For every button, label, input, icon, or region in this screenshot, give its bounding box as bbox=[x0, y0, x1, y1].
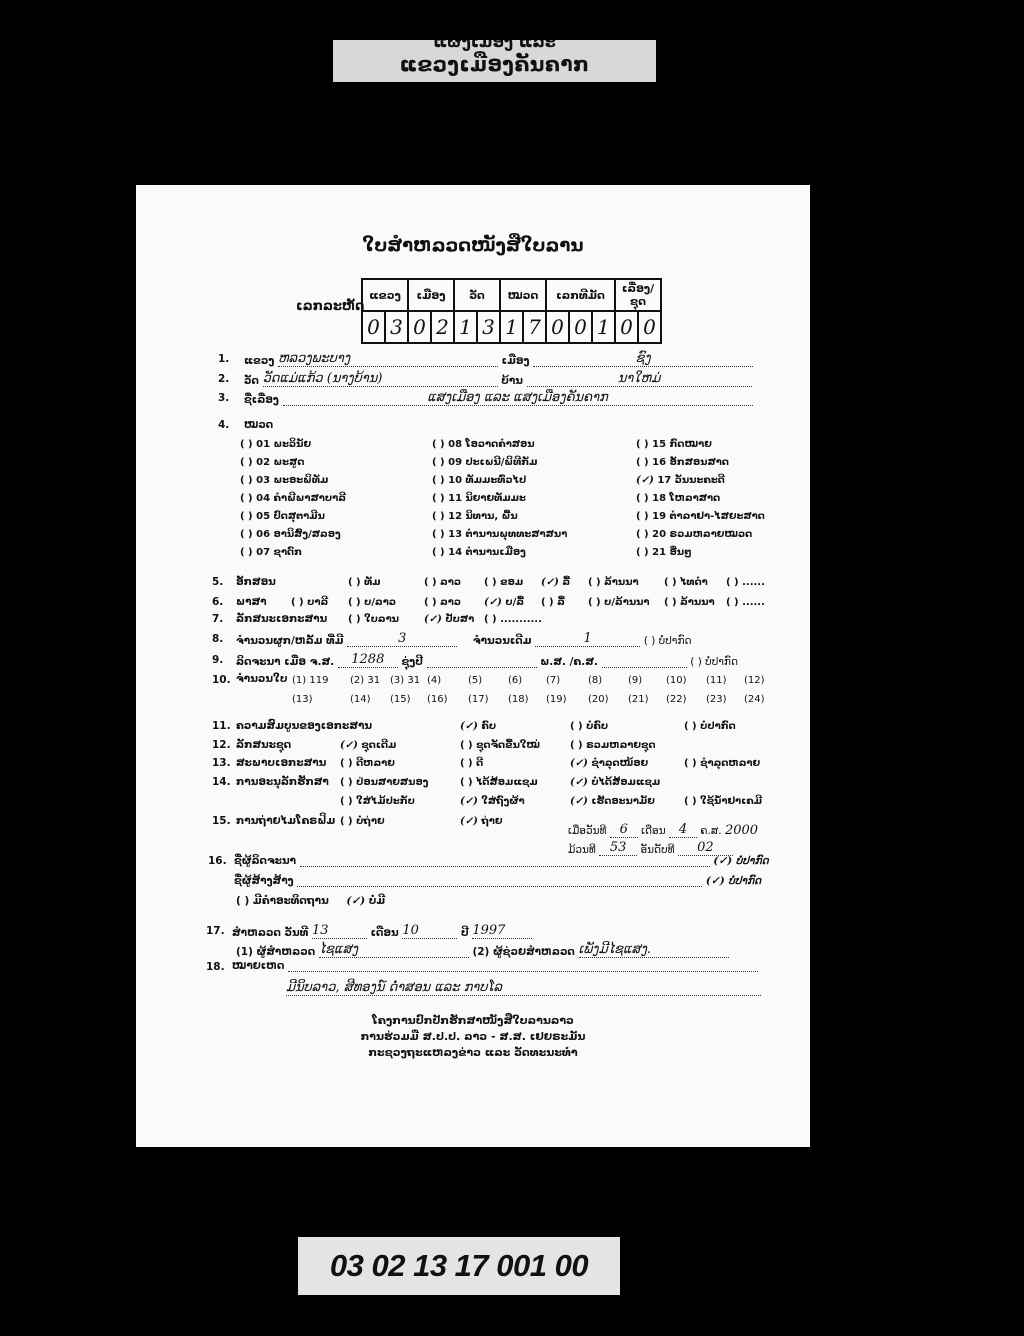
checkbox[interactable]: (✓) bbox=[340, 740, 358, 751]
leaf-count-cell[interactable]: (22) bbox=[666, 694, 687, 705]
f17-surveyor[interactable]: ໄຊແສງ bbox=[319, 942, 469, 958]
f14-option[interactable]: (✓) ເຮັດອະນາມັຍ bbox=[570, 796, 655, 807]
leaf-count-cell[interactable]: (11) bbox=[706, 675, 727, 686]
f6-option[interactable]: ( ) ...... bbox=[726, 597, 765, 608]
footer-line-2: ການຮ່ວມມື ສ.ປ.ປ. ລາວ - ສ.ສ. ເຢຍຣະມັນ bbox=[136, 1029, 810, 1045]
field-bundle-count: ຈໍານວນຜູກ/ຫລັ້ມ ທີ່ມີ 3 ຈໍານວນເດີມ 1 ( )… bbox=[236, 631, 692, 647]
f11-option[interactable]: ( ) ບໍ່ຄົບ bbox=[570, 721, 608, 732]
checkbox[interactable]: ( ) bbox=[684, 758, 697, 769]
option-label: ບໍ່ປາກົດ bbox=[700, 721, 736, 732]
checkbox[interactable]: ( ) bbox=[541, 597, 554, 608]
f17-assistant[interactable]: ເພັງມີໄຊແສງ. bbox=[579, 942, 729, 958]
category-option[interactable]: ( ) 06 ອານິສົງ/ສລອງ bbox=[240, 529, 341, 540]
checkbox[interactable]: ( ) bbox=[340, 758, 353, 769]
footer-line-1: ໂຄງການປົກປັກຮັກສາໜັງສືໃບລານລາວ bbox=[136, 1013, 810, 1029]
code-digit[interactable]: 0 bbox=[408, 311, 431, 343]
f5-option[interactable]: ( ) ຂອມ bbox=[484, 577, 523, 588]
category-option[interactable]: ( ) 11 ນິຍາຍທັມມະ bbox=[432, 493, 526, 504]
f11-label: ຄວາມສົມບູນຂອງເອກະສານ bbox=[236, 720, 372, 732]
option-label: ລື້ bbox=[557, 597, 565, 608]
field-surveyors: (1) ຜູ້ສໍາຫລວດ ໄຊແສງ (2) ຜູ້ຊ່ວຍສໍາຫລວດ … bbox=[236, 942, 729, 958]
option-label: ຂອມ bbox=[500, 577, 523, 588]
f3-number: 3. bbox=[218, 392, 229, 404]
f9-number: 9. bbox=[212, 654, 223, 666]
f18-line1[interactable] bbox=[288, 971, 758, 972]
f12-number: 12. bbox=[212, 739, 231, 751]
category-option[interactable]: ( ) 12 ນິທານ, ພື້ນ bbox=[432, 511, 518, 522]
id-label-strip: 03 02 13 17 001 00 bbox=[298, 1237, 620, 1295]
f6-option[interactable]: ( ) ລາວ bbox=[424, 597, 461, 608]
code-header: ວັດ bbox=[454, 279, 500, 311]
f12-option[interactable]: ( ) ຊຸດຈັດຂື້ນໃໝ່ bbox=[460, 740, 540, 751]
f17-year[interactable]: 1997 bbox=[472, 923, 532, 939]
f7-option[interactable]: ( ) ........... bbox=[484, 614, 542, 625]
f6-option[interactable]: ( ) ບາລີ bbox=[291, 597, 328, 608]
f17-month[interactable]: 10 bbox=[402, 923, 457, 939]
checkbox[interactable]: ( ) bbox=[240, 511, 253, 522]
code-digit[interactable]: 2 bbox=[431, 311, 454, 343]
leaf-count-cell[interactable]: (19) bbox=[546, 694, 567, 705]
f7-number: 7. bbox=[212, 613, 223, 625]
f15-date-label: ເມື່ອວັນທີ bbox=[568, 825, 606, 837]
category-option[interactable]: ( ) 14 ຕໍານານເມືອງ bbox=[432, 547, 526, 558]
checkbox[interactable]: (✓) bbox=[484, 597, 502, 608]
checkbox[interactable]: ( ) bbox=[291, 597, 304, 608]
f5-option[interactable]: ( ) ລາວ bbox=[424, 577, 461, 588]
f16-label2: ຊື່ຜູ້ສ້າງສ້າງ bbox=[234, 875, 294, 887]
leaf-count-cell[interactable]: (6) bbox=[508, 675, 522, 686]
option-label: ລື້ bbox=[562, 577, 570, 588]
checkbox[interactable]: ( ) bbox=[432, 475, 445, 486]
f12-label: ລັກສນະຊຸດ bbox=[236, 739, 291, 751]
f14-label: ການອະນຸລັກຮັກສາ bbox=[236, 776, 329, 788]
code-digit[interactable]: 7 bbox=[523, 311, 546, 343]
option-label: ໃສ່ໄມ້ປະກັບ bbox=[356, 796, 415, 807]
f18-value[interactable]: ມີນິບລາວ, ສີທອງນ໌ ດໍ່າສອນ ແລະ ກາບໂລ bbox=[286, 980, 761, 996]
checkbox[interactable]: ( ) bbox=[348, 614, 361, 625]
f12-option[interactable]: ( ) ຣວມຫລາຍຊຸດ bbox=[570, 740, 656, 751]
option-label: ຄົບ bbox=[481, 721, 496, 732]
category-label: 13 ຕໍານານພຸທທະສາສນາ bbox=[448, 529, 567, 540]
option-label: ດີຫລາຍ bbox=[356, 758, 395, 769]
f15-day[interactable]: 6 bbox=[610, 822, 638, 838]
category-label: 16 ອັກສອນສາດ bbox=[652, 457, 729, 468]
f5-option[interactable]: ( ) ...... bbox=[726, 577, 765, 588]
f8-number: 8. bbox=[212, 633, 223, 645]
checkbox[interactable]: ( ) bbox=[240, 529, 253, 540]
code-label: ເລກລະຫັດ bbox=[296, 299, 365, 314]
leaf-count-cell[interactable]: (12) bbox=[744, 675, 765, 686]
f9-era-blank[interactable] bbox=[602, 667, 687, 668]
code-digit[interactable]: 0 bbox=[362, 311, 385, 343]
f1-number: 1. bbox=[218, 353, 229, 365]
option-label: ບໍ່ຖ່າຍ bbox=[356, 816, 384, 827]
option-label: ບໍ່ຄົບ bbox=[586, 721, 608, 732]
option-label: ລາວ bbox=[440, 597, 461, 608]
leaf-count-cell[interactable]: (24) bbox=[744, 694, 765, 705]
f13-option[interactable]: ( ) ດີ bbox=[460, 758, 483, 769]
checkbox[interactable]: ( ) bbox=[636, 547, 649, 558]
leaf-count-cell[interactable]: (15) bbox=[390, 694, 411, 705]
option-label: ປ່ອນສາຍສນອງ bbox=[356, 777, 428, 788]
checkbox[interactable]: ( ) bbox=[240, 457, 253, 468]
microfilm-date: ເມື່ອວັນທີ 6 ເດືອນ 4 ຄ.ສ. 2000 bbox=[568, 822, 758, 838]
checkbox[interactable]: ( ) bbox=[588, 597, 601, 608]
option-label: ໄດ້ສ້ອມແຊມ bbox=[476, 777, 538, 788]
f9-label: ລິດຈະນາ ເມື່ອ ຈ.ສ. bbox=[236, 656, 334, 668]
checkbox[interactable]: (✓) bbox=[636, 475, 654, 486]
option-label: ຖ່າຍ bbox=[481, 816, 502, 827]
f4-label: ໝວດ bbox=[244, 419, 273, 431]
form-title: ໃບສໍາຫລວດໜັງສືໃບລານ bbox=[136, 235, 810, 256]
option-label: ບ/ລ້ານນາ bbox=[604, 597, 649, 608]
code-header: ເລື່ອງ/ຊຸດ bbox=[615, 279, 661, 311]
checkbox[interactable]: (✓) bbox=[460, 816, 478, 827]
f1-label: ແຂວງ bbox=[244, 355, 274, 367]
checkbox[interactable]: ( ) bbox=[664, 597, 677, 608]
category-option[interactable]: ( ) 21 ອື່ນໆ bbox=[636, 547, 692, 558]
option-label: ...... bbox=[742, 577, 765, 588]
leaf-count-cell[interactable]: (17) bbox=[468, 694, 489, 705]
checkbox[interactable]: (✓) bbox=[570, 777, 588, 788]
f6-option[interactable]: ( ) ລື້ bbox=[541, 597, 565, 608]
category-option[interactable]: ( ) 18 ໂຫລາສາດ bbox=[636, 493, 720, 504]
category-label: 08 ໂອວາດຄໍາສອນ bbox=[448, 439, 535, 450]
category-option[interactable]: ( ) 05 ປົດສຸຕາມີນ bbox=[240, 511, 325, 522]
category-label: 05 ປົດສຸຕາມີນ bbox=[256, 511, 325, 522]
f6-option[interactable]: (✓) ບ/ລື້ bbox=[484, 597, 524, 608]
f14-number: 14. bbox=[212, 776, 231, 788]
checkbox[interactable]: ( ) bbox=[348, 577, 361, 588]
checkbox[interactable]: ( ) bbox=[340, 777, 353, 788]
option-label: ຣວມຫລາຍຊຸດ bbox=[586, 740, 655, 751]
field-written-date: ລິດຈະນາ ເມື່ອ ຈ.ສ. 1288 ຊຸ່ງປີ ພ.ສ. /ຄ.ສ… bbox=[236, 652, 738, 668]
option-label: ລາວ bbox=[440, 577, 461, 588]
category-label: 01 ພະວິນັຍ bbox=[256, 439, 311, 450]
code-header: ໝວດ bbox=[500, 279, 546, 311]
category-option[interactable]: ( ) 09 ປະເພນີ/ພິທີກັມ bbox=[432, 457, 538, 468]
option-label: ...... bbox=[742, 597, 765, 608]
f13-number: 13. bbox=[212, 757, 231, 769]
form-footer: ໂຄງການປົກປັກຮັກສາໜັງສືໃບລານລາວ ການຮ່ວມມື… bbox=[136, 1013, 810, 1061]
checkbox[interactable]: ( ) bbox=[636, 457, 649, 468]
checkbox[interactable]: ( ) bbox=[240, 493, 253, 504]
f6-option[interactable]: ( ) ບ/ລາວ bbox=[348, 597, 396, 608]
f9-label2: ຊຸ່ງປີ bbox=[401, 656, 422, 668]
f6-option[interactable]: ( ) ບ/ລ້ານນາ bbox=[588, 597, 650, 608]
f15-year-label: ຄ.ສ. bbox=[700, 825, 721, 837]
f9-year-blank[interactable] bbox=[427, 667, 537, 668]
f16-opt-a-text: ມີຄໍາອະທິດຖານ bbox=[253, 895, 329, 907]
f14-option[interactable]: (✓) ໃສ່ຖົງຜ້າ bbox=[460, 796, 525, 807]
checkbox[interactable]: ( ) bbox=[424, 577, 437, 588]
code-header: ເມືອງ bbox=[408, 279, 454, 311]
f9-value[interactable]: 1288 bbox=[338, 652, 398, 668]
f15-option[interactable]: (✓) ຖ່າຍ bbox=[460, 816, 503, 827]
survey-form-page: ໃບສໍາຫລວດໜັງສືໃບລານ ເລກລະຫັດ ແຂວງເມືອງວັ… bbox=[136, 185, 810, 1147]
f16-value[interactable] bbox=[300, 866, 710, 867]
f5-option[interactable]: ( ) ໄທດໍາ bbox=[664, 577, 708, 588]
leaf-count-cell[interactable]: (4) bbox=[427, 675, 441, 686]
checkbox[interactable]: ( ) bbox=[460, 777, 473, 788]
checkbox[interactable]: ( ) bbox=[684, 721, 697, 732]
category-option[interactable]: ( ) 04 ຄໍາພີພາສາບາລີ bbox=[240, 493, 346, 504]
f9-unknown[interactable]: ( ) ບໍ່ປາກົດ bbox=[690, 656, 738, 668]
category-option[interactable]: ( ) 03 ພະອະພິທັມ bbox=[240, 475, 328, 486]
f5-option[interactable]: ( ) ລ້ານນາ bbox=[588, 577, 639, 588]
option-label: ຊໍາລຸດໜ້ອຍ bbox=[591, 758, 648, 769]
option-label: ບາລີ bbox=[307, 597, 328, 608]
field-author: ຊື່ຜູ້ລິດຈະນາ (✓) ບໍ່ປາກົດ bbox=[234, 855, 769, 867]
f15-year[interactable]: 2000 bbox=[725, 823, 758, 838]
code-header: ແຂວງ bbox=[362, 279, 408, 311]
code-digit[interactable]: 1 bbox=[592, 311, 615, 343]
category-label: 06 ອານິສົງ/ສລອງ bbox=[256, 529, 341, 540]
checkbox[interactable]: ( ) bbox=[484, 577, 497, 588]
f2-label: ວັດ bbox=[244, 375, 259, 387]
checkbox[interactable]: ( ) bbox=[432, 511, 445, 522]
code-digit[interactable]: 0 bbox=[638, 311, 661, 343]
category-option[interactable]: ( ) 16 ອັກສອນສາດ bbox=[636, 457, 729, 468]
header-label-title: ແຂວງເມືອງຄັນຄາກ bbox=[400, 52, 590, 82]
checkbox[interactable]: ( ) bbox=[240, 475, 253, 486]
f11-option[interactable]: ( ) ບໍ່ປາກົດ bbox=[684, 721, 736, 732]
leaf-count-cell[interactable]: (5) bbox=[468, 675, 482, 686]
checkbox[interactable]: ( ) bbox=[240, 547, 253, 558]
f7-option[interactable]: (✓) ປັບສາ bbox=[424, 614, 474, 625]
footer-line-3: ກະຊວງຖະແຫລງຂ່າວ ແລະ ວັດທະນະທໍາ bbox=[136, 1045, 810, 1061]
header-label-strip: ແຜງເມືອງ ແລະ ແຂວງເມືອງຄັນຄາກ bbox=[333, 40, 656, 82]
f15-option[interactable]: ( ) ບໍ່ຖ່າຍ bbox=[340, 816, 385, 827]
f15-month[interactable]: 4 bbox=[669, 822, 697, 838]
f10-number: 10. bbox=[212, 674, 231, 686]
leaf-count-cell[interactable]: (10) bbox=[666, 675, 687, 686]
checkbox[interactable]: ( ) bbox=[726, 577, 739, 588]
f16-opt-a-mark[interactable]: ( ) bbox=[236, 895, 249, 907]
category-option[interactable]: ( ) 10 ທັມມະທົ່ວໄປ bbox=[432, 475, 526, 486]
f17-label: ສໍາຫລວດ ວັນທີ bbox=[232, 927, 308, 939]
f17-month-label: ເດືອນ bbox=[371, 927, 399, 939]
category-label: 17 ວັນນະຄະດີ bbox=[657, 475, 724, 486]
checkbox[interactable]: ( ) bbox=[424, 597, 437, 608]
f8-unknown[interactable]: ( ) ບໍ່ປາກົດ bbox=[644, 635, 692, 647]
f14-option[interactable]: ( ) ໄດ້ສ້ອມແຊມ bbox=[460, 777, 538, 788]
header-label-cut-text: ແຜງເມືອງ ແລະ bbox=[333, 40, 656, 51]
f16-value2[interactable] bbox=[297, 886, 702, 887]
f14-option[interactable]: (✓) ບໍ່ໄດ້ສ້ອມແຊມ bbox=[570, 777, 660, 788]
f2-value[interactable]: ວັດແມ່ແກ້ວ (ນາງບ້ານ) bbox=[263, 371, 498, 387]
leaf-count-cell[interactable]: (7) bbox=[546, 675, 560, 686]
checkbox[interactable]: ( ) bbox=[664, 577, 677, 588]
code-digit[interactable]: 0 bbox=[546, 311, 569, 343]
f17-day[interactable]: 13 bbox=[312, 923, 367, 939]
checkbox[interactable]: (✓) bbox=[460, 721, 478, 732]
option-label: ລ້ານນາ bbox=[680, 597, 715, 608]
f18-remarks-line: ມີນິບລາວ, ສີທອງນ໌ ດໍ່າສອນ ແລະ ກາບໂລ bbox=[286, 980, 761, 996]
f17-year-label: ປີ bbox=[461, 927, 469, 939]
checkbox[interactable]: ( ) bbox=[636, 529, 649, 540]
f14-option[interactable]: ( ) ໃສ່ໄມ້ປະກັບ bbox=[340, 796, 415, 807]
category-option[interactable]: ( ) 19 ຕໍາລາຢາ-ໄສຍະສາດ bbox=[636, 511, 765, 522]
checkbox[interactable]: ( ) bbox=[570, 740, 583, 751]
f5-option[interactable]: ( ) ທັມ bbox=[348, 577, 381, 588]
category-label: 11 ນິຍາຍທັມມະ bbox=[448, 493, 526, 504]
f16-unknown2[interactable]: (✓) ບໍ່ປາກົດ bbox=[706, 875, 761, 887]
category-label: 21 ອື່ນໆ bbox=[652, 547, 692, 558]
leaf-count-cell[interactable]: (23) bbox=[706, 694, 727, 705]
f15-number: 15. bbox=[212, 815, 231, 827]
category-option[interactable]: ( ) 13 ຕໍານານພຸທທະສາສນາ bbox=[432, 529, 567, 540]
f15-label: ການຖ່າຍໄມໂຄຣຟິມ bbox=[236, 815, 335, 827]
f18-number: 18. bbox=[206, 961, 225, 973]
f8-value2[interactable]: 1 bbox=[535, 631, 640, 647]
leaf-count-cell[interactable]: (21) bbox=[628, 694, 649, 705]
code-digit[interactable]: 0 bbox=[615, 311, 638, 343]
f15-seq[interactable]: 02 bbox=[678, 840, 733, 856]
f7-label: ລັກສນະເອກະສານ bbox=[236, 613, 327, 625]
checkbox[interactable]: ( ) bbox=[432, 493, 445, 504]
option-label: ຊຸດເດີມ bbox=[361, 740, 396, 751]
f12-option[interactable]: (✓) ຊຸດເດີມ bbox=[340, 740, 396, 751]
f14-option[interactable]: ( ) ໃຊ້ນໍ້າຢາເຄມີ bbox=[684, 796, 762, 807]
leaf-count-cell[interactable]: (14) bbox=[350, 694, 371, 705]
f17-surveyor-label: (1) ຜູ້ສໍາຫລວດ bbox=[236, 946, 315, 958]
option-label: ບ/ລາວ bbox=[364, 597, 396, 608]
field-survey-date: ສໍາຫລວດ ວັນທີ 13 ເດືອນ 10 ປີ 1997 bbox=[232, 923, 532, 939]
category-label: 04 ຄໍາພີພາສາບາລີ bbox=[256, 493, 346, 504]
code-digit[interactable]: 1 bbox=[454, 311, 477, 343]
code-digit[interactable]: 1 bbox=[500, 311, 523, 343]
checkbox[interactable]: ( ) bbox=[340, 796, 353, 807]
f2-label2: ບ້ານ bbox=[501, 375, 523, 387]
category-option[interactable]: ( ) 15 ກົດໝາຍ bbox=[636, 439, 712, 450]
option-label: ລ້ານນາ bbox=[604, 577, 639, 588]
option-label: ........... bbox=[500, 614, 542, 625]
f7-option[interactable]: ( ) ໃບລານ bbox=[348, 614, 399, 625]
f5-label: ອັກສອນ bbox=[236, 576, 276, 588]
checkbox[interactable]: (✓) bbox=[541, 577, 559, 588]
f18-label: ໝາຍເຫດ bbox=[232, 960, 284, 972]
category-option[interactable]: ( ) 08 ໂອວາດຄໍາສອນ bbox=[432, 439, 535, 450]
checkbox[interactable]: ( ) bbox=[432, 547, 445, 558]
f13-option[interactable]: (✓) ຊໍາລຸດໜ້ອຍ bbox=[570, 758, 648, 769]
f11-option[interactable]: (✓) ຄົບ bbox=[460, 721, 496, 732]
f2-value2[interactable]: ນາໃຫມ່ bbox=[527, 371, 752, 387]
checkbox[interactable]: ( ) bbox=[636, 511, 649, 522]
checkbox[interactable]: ( ) bbox=[484, 614, 497, 625]
category-option[interactable]: ( ) 02 ພະສູດ bbox=[240, 457, 304, 468]
f8-label2: ຈໍານວນເດີມ bbox=[473, 635, 532, 647]
checkbox[interactable]: ( ) bbox=[340, 816, 353, 827]
category-option[interactable]: (✓) 17 ວັນນະຄະດີ bbox=[636, 475, 725, 486]
f8-label: ຈໍານວນຜູກ/ຫລັ້ມ ທີ່ມີ bbox=[236, 635, 344, 647]
category-option[interactable]: ( ) 01 ພະວິນັຍ bbox=[240, 439, 311, 450]
checkbox[interactable]: ( ) bbox=[460, 758, 473, 769]
leaf-count-cell[interactable]: (20) bbox=[588, 694, 609, 705]
f4-number: 4. bbox=[218, 419, 229, 431]
f16-number: 16. bbox=[208, 855, 227, 867]
option-label: ບ/ລື້ bbox=[505, 597, 524, 608]
id-code: 03 02 13 17 001 00 bbox=[330, 1248, 588, 1284]
checkbox[interactable]: ( ) bbox=[570, 721, 583, 732]
category-label: 03 ພະອະພິທັມ bbox=[256, 475, 328, 486]
f2-number: 2. bbox=[218, 373, 229, 385]
category-label: 20 ຣວມຫລາຍໝວດ bbox=[652, 529, 752, 540]
leaf-count-cell[interactable]: (13) bbox=[292, 694, 313, 705]
leaf-count-cell[interactable]: (16) bbox=[427, 694, 448, 705]
checkbox[interactable]: ( ) bbox=[432, 529, 445, 540]
f16-opt-b-mark[interactable]: (✓) bbox=[346, 895, 365, 907]
category-label: 15 ກົດໝາຍ bbox=[652, 439, 712, 450]
leaf-count-cell[interactable]: (1) 119 bbox=[292, 675, 328, 686]
f16-unknown[interactable]: (✓) ບໍ່ປາກົດ bbox=[713, 855, 768, 867]
category-option[interactable]: ( ) 20 ຣວມຫລາຍໝວດ bbox=[636, 529, 752, 540]
f1-value[interactable]: ຫລວງພະບາງ bbox=[278, 351, 498, 367]
option-label: ຊຸດຈັດຂື້ນໃໝ່ bbox=[476, 740, 540, 751]
field-temple: ວັດ ວັດແມ່ແກ້ວ (ນາງບ້ານ) ບ້ານ ນາໃຫມ່ bbox=[244, 371, 752, 387]
category-label: 07 ຊາດົກ bbox=[256, 547, 302, 558]
checkbox[interactable]: (✓) bbox=[424, 614, 442, 625]
f13-option[interactable]: ( ) ດີຫລາຍ bbox=[340, 758, 395, 769]
code-digit[interactable]: 3 bbox=[477, 311, 500, 343]
checkbox[interactable]: (✓) bbox=[460, 796, 478, 807]
code-digit[interactable]: 3 bbox=[385, 311, 408, 343]
checkbox[interactable]: ( ) bbox=[432, 439, 445, 450]
option-label: ຊໍາລຸດຫລາຍ bbox=[700, 758, 760, 769]
checkbox[interactable]: ( ) bbox=[726, 597, 739, 608]
f3-label: ຊື່ເລື່ອງ bbox=[244, 394, 279, 406]
checkbox[interactable]: (✓) bbox=[570, 796, 588, 807]
field-sponsor: ຊື່ຜູ້ສ້າງສ້າງ (✓) ບໍ່ປາກົດ bbox=[234, 875, 761, 887]
f3-value[interactable]: ແສງເມືອງ ແລະ ແສງເມືອງຄັນຄາກ bbox=[283, 390, 753, 406]
checkbox[interactable]: ( ) bbox=[432, 457, 445, 468]
category-label: 19 ຕໍາລາຢາ-ໄສຍະສາດ bbox=[652, 511, 765, 522]
f15-roll[interactable]: 53 bbox=[599, 840, 637, 856]
option-label: ປັບສາ bbox=[445, 614, 474, 625]
leaf-count-cell[interactable]: (8) bbox=[588, 675, 602, 686]
leaf-count-cell[interactable]: (18) bbox=[508, 694, 529, 705]
leaf-count-cell[interactable]: (9) bbox=[628, 675, 642, 686]
f5-option[interactable]: (✓) ລື້ bbox=[541, 577, 570, 588]
checkbox[interactable]: ( ) bbox=[684, 796, 697, 807]
code-digit[interactable]: 0 bbox=[569, 311, 592, 343]
checkbox[interactable]: ( ) bbox=[588, 577, 601, 588]
checkbox[interactable]: ( ) bbox=[460, 740, 473, 751]
f17-assistant-label: (2) ຜູ້ຊ່ວຍສໍາຫລວດ bbox=[472, 946, 574, 958]
checkbox[interactable]: ( ) bbox=[636, 493, 649, 504]
leaf-count-cell[interactable]: (2) 31 bbox=[350, 675, 380, 686]
checkbox[interactable]: ( ) bbox=[636, 439, 649, 450]
option-label: ບໍ່ໄດ້ສ້ອມແຊມ bbox=[591, 777, 660, 788]
f8-value[interactable]: 3 bbox=[347, 631, 457, 647]
f6-number: 6. bbox=[212, 596, 223, 608]
f14-option[interactable]: ( ) ປ່ອນສາຍສນອງ bbox=[340, 777, 428, 788]
f9-label3: ພ.ສ. /ຄ.ສ. bbox=[540, 656, 598, 668]
category-label: 12 ນິທານ, ພື້ນ bbox=[448, 511, 518, 522]
f13-option[interactable]: ( ) ຊໍາລຸດຫລາຍ bbox=[684, 758, 760, 769]
leaf-count-cell[interactable]: (3) 31 bbox=[390, 675, 420, 686]
checkbox[interactable]: ( ) bbox=[240, 439, 253, 450]
f5-number: 5. bbox=[212, 576, 223, 588]
f6-option[interactable]: ( ) ລ້ານນາ bbox=[664, 597, 715, 608]
option-label: ໃບລານ bbox=[364, 614, 399, 625]
f1-value2[interactable]: ຊົງ bbox=[533, 351, 753, 367]
category-label: 02 ພະສູດ bbox=[256, 457, 304, 468]
checkbox[interactable]: (✓) bbox=[570, 758, 588, 769]
category-option[interactable]: ( ) 07 ຊາດົກ bbox=[240, 547, 302, 558]
checkbox[interactable]: ( ) bbox=[348, 597, 361, 608]
f16-label: ຊື່ຜູ້ລິດຈະນາ bbox=[234, 855, 296, 867]
